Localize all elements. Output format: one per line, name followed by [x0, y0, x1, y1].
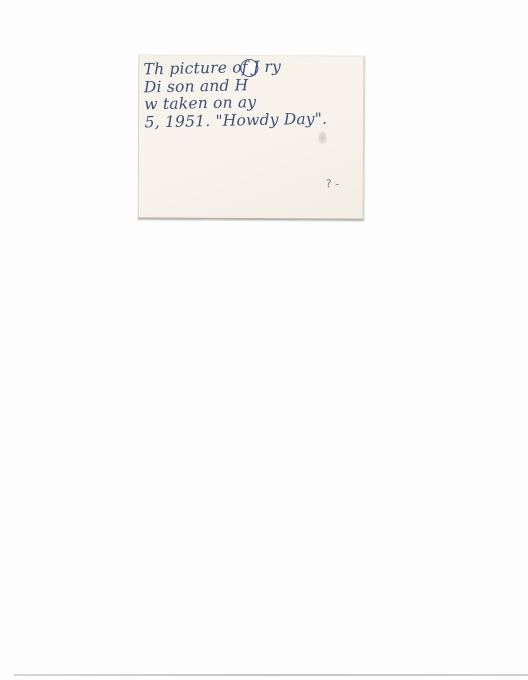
caption-line-4: 5, 1951. "Howdy Day".: [144, 109, 360, 131]
scan-bottom-edge: [14, 674, 528, 676]
pencil-corner-mark: ? -: [326, 177, 339, 190]
smudge-mark: [318, 131, 327, 144]
handwritten-caption: Th picture of J ry Di son and H w taken …: [143, 57, 360, 132]
scanned-page: Th picture of J ry Di son and H w taken …: [0, 0, 528, 680]
photo-back-card: Th picture of J ry Di son and H w taken …: [138, 54, 365, 220]
